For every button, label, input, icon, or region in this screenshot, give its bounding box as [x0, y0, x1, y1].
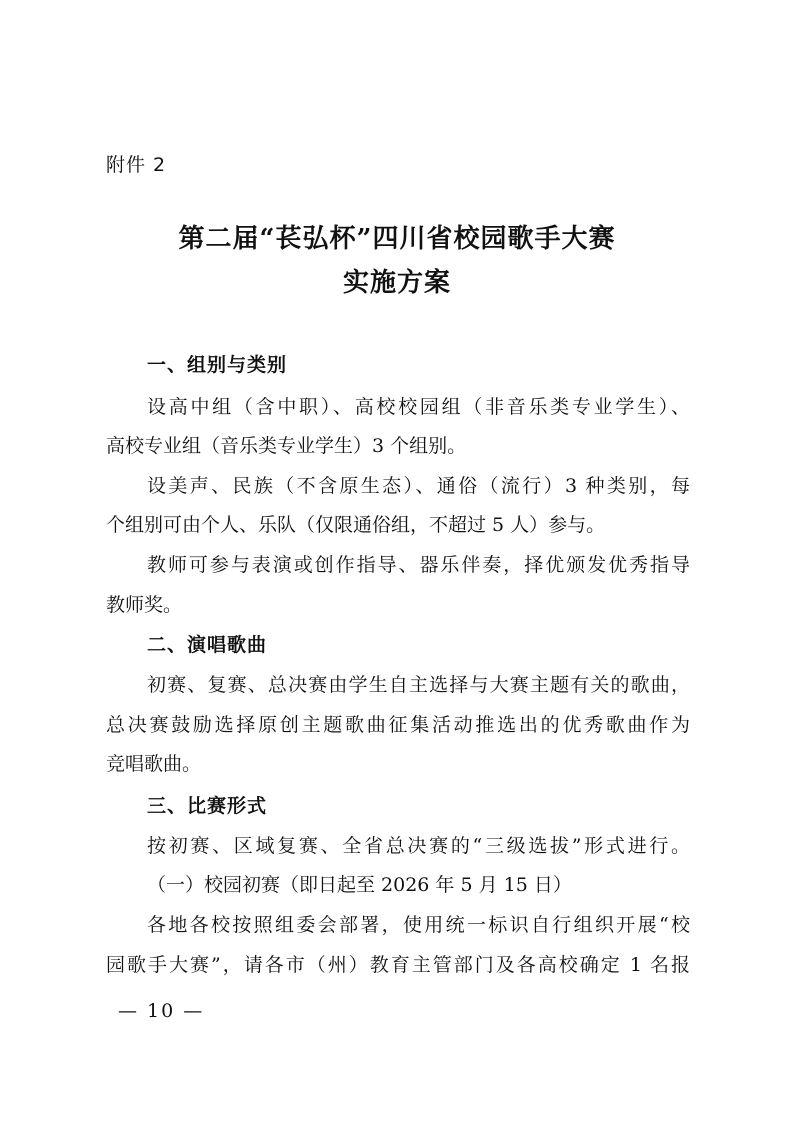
attachment-label: 附件 2: [106, 150, 166, 177]
paragraph-line: 总决赛鼓励选择原创主题歌曲征集活动推选出的优秀歌曲作为: [106, 710, 690, 737]
subsection-heading: （一）校园初赛（即日起至 2026 年 5 月 15 日）: [147, 870, 572, 897]
paragraph-line: 个组别可由个人、乐队（仅限通俗组，不超过 5 人）参与。: [106, 510, 605, 537]
paragraph-line: 竞唱歌曲。: [106, 749, 201, 776]
paragraph-line: 各地各校按照组委会部署，使用统一标识自行组织开展“校: [147, 910, 690, 937]
paragraph-line: 园歌手大赛”，请各市（州）教育主管部门及各高校确定 1 名报: [106, 950, 690, 977]
paragraph-line: 高校专业组（音乐类专业学生）3 个组别。: [106, 431, 466, 458]
section-heading-3: 三、比赛形式: [147, 791, 267, 818]
section-heading-2: 二、演唱歌曲: [147, 630, 267, 657]
paragraph-line: 设高中组（含中职）、高校校园组（非音乐类专业学生）、: [147, 392, 690, 419]
paragraph-line: 初赛、复赛、总决赛由学生自主选择与大赛主题有关的歌曲，: [147, 670, 690, 697]
page-number: — 10 —: [118, 1000, 204, 1022]
paragraph-line: 教师可参与表演或创作指导、器乐伴奏，择优颁发优秀指导: [147, 550, 690, 577]
document-title: 第二届“苌弘杯”四川省校园歌手大赛: [0, 218, 794, 255]
document-subtitle: 实施方案: [0, 262, 794, 299]
paragraph-line: 教师奖。: [106, 590, 182, 617]
section-heading-1: 一、组别与类别: [147, 350, 287, 377]
paragraph-line: 设美声、民族（不含原生态）、通俗（流行）3 种类别，每: [147, 471, 690, 498]
document-page: 附件 2 第二届“苌弘杯”四川省校园歌手大赛 实施方案 一、组别与类别 设高中组…: [0, 0, 794, 1123]
paragraph-line: 按初赛、区域复赛、全省总决赛的“三级选拔”形式进行。: [147, 831, 690, 858]
